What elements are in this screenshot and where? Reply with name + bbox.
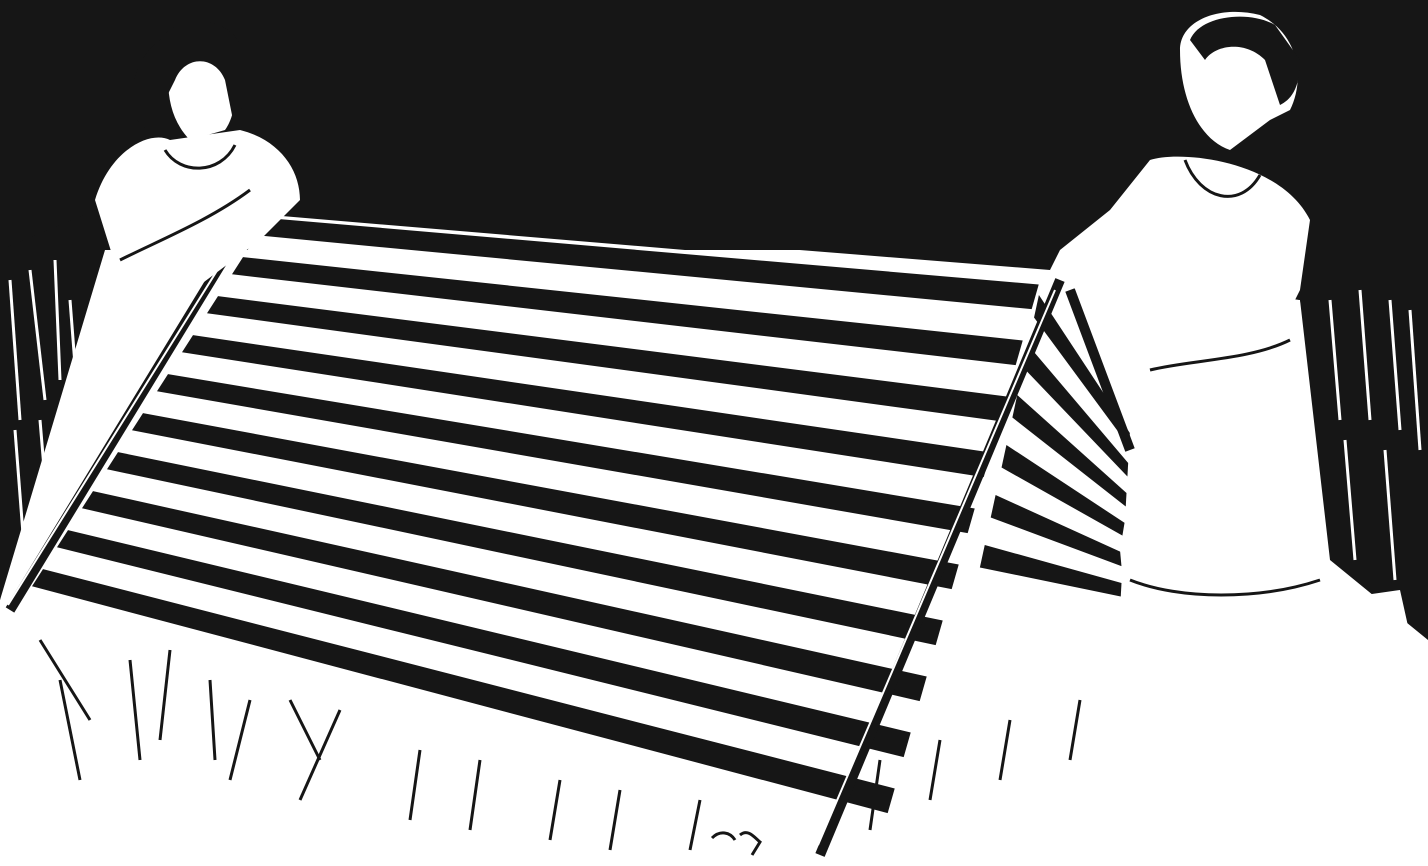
- artist-signature: [712, 833, 760, 855]
- striped-panel: [20, 215, 1040, 840]
- illustration: [0, 0, 1428, 866]
